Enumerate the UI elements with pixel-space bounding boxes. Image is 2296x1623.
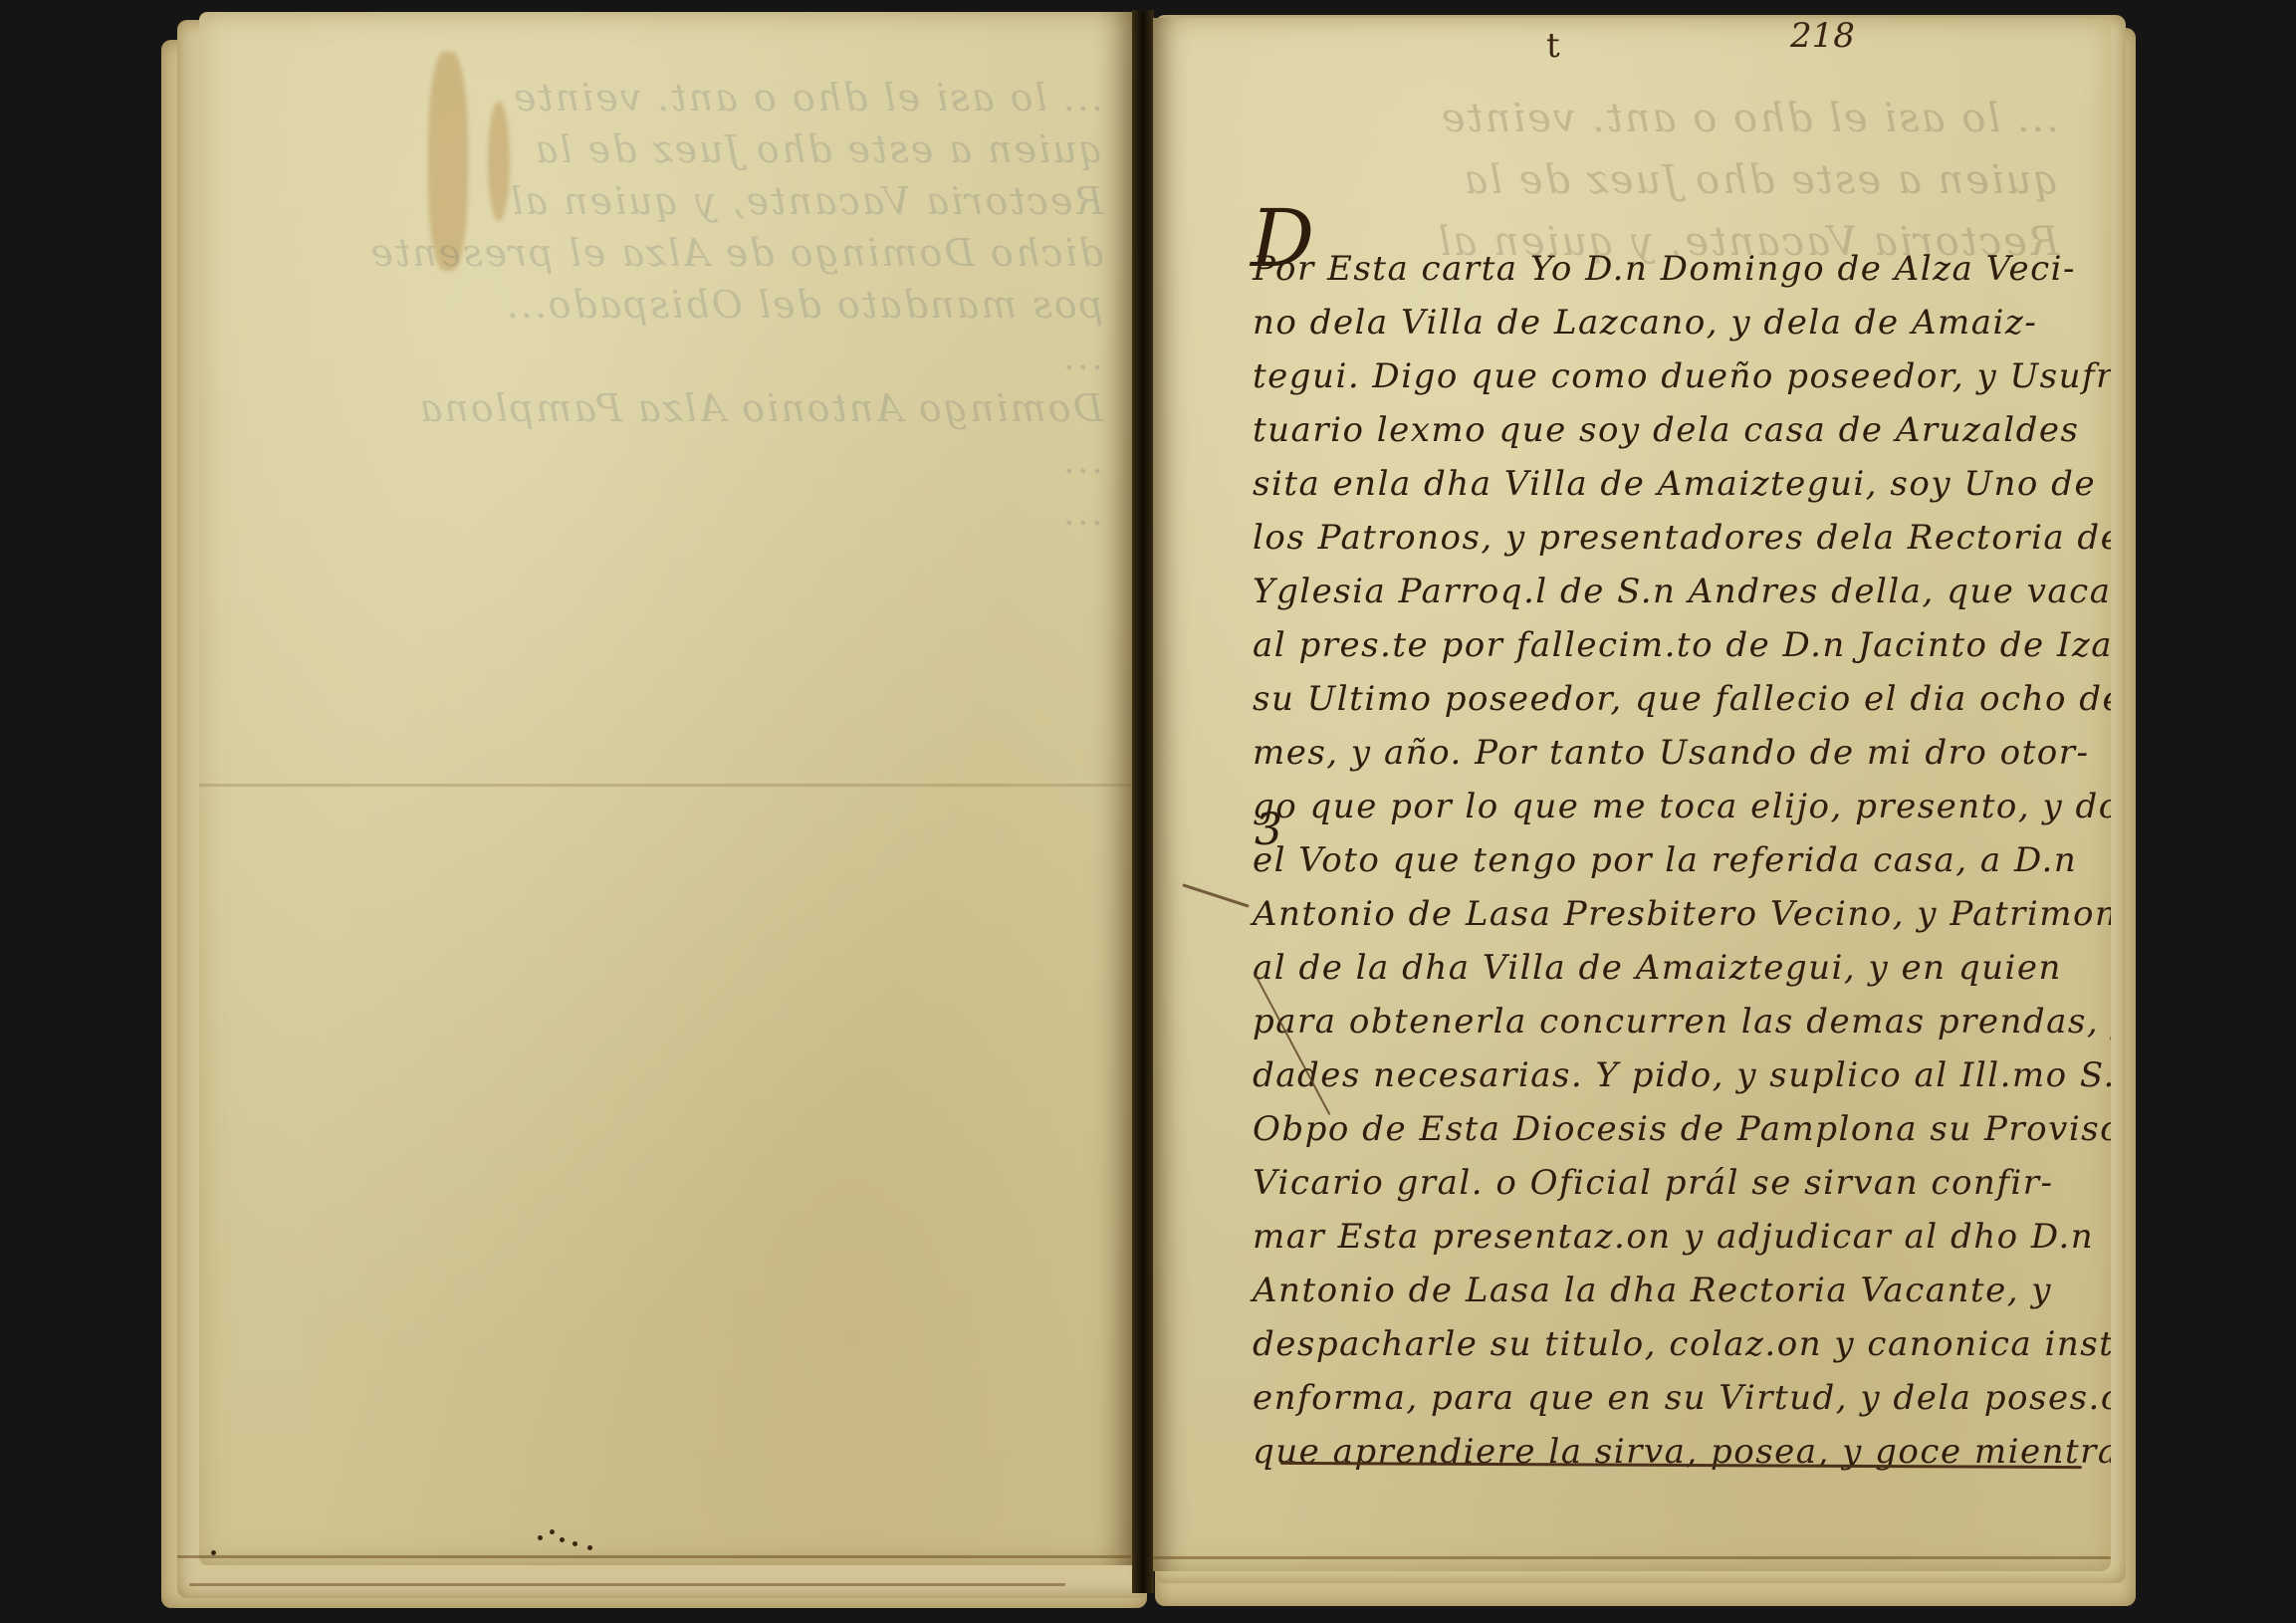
- text-line: Antonio de Lasa Presbitero Vecino, y Pat…: [1253, 887, 2069, 941]
- bleed-through-line: ... lo asi el dho o ant. veinte: [1183, 88, 2059, 149]
- left-page: ... lo asi el dho o ant. veinte quien a …: [199, 12, 1133, 1565]
- text-line: no dela Villa de Lazcano, y dela de Amai…: [1253, 296, 2069, 349]
- fold-crease: [199, 784, 1133, 787]
- text-line: despacharle su titulo, colaz.on y canoni…: [1253, 1317, 2069, 1371]
- folio-number: 218: [1790, 18, 1855, 56]
- text-line: mar Esta presentaz.on y adjudicar al dho…: [1253, 1210, 2069, 1264]
- manuscript-text: Por Esta carta Yo D.n Domingo de Alza Ve…: [1253, 242, 2069, 1479]
- bleed-through-text: ... lo asi el dho o ant. veinte quien a …: [259, 72, 1103, 538]
- bleed-through-line: pos mandato del Obispado...: [259, 279, 1103, 331]
- text-line: mes, y año. Por tanto Usando de mi dro o…: [1253, 726, 2069, 780]
- marginal-note: 3: [1255, 805, 1282, 855]
- manuscript-spread: ... lo asi el dho o ant. veinte quien a …: [0, 0, 2296, 1623]
- text-line: el Voto que tengo por la referida casa, …: [1253, 833, 2069, 887]
- text-line: Obpo de Esta Diocesis de Pamplona su Pro…: [1253, 1102, 2069, 1156]
- right-page: ... lo asi el dho o ant. veinte quien a …: [1153, 18, 2111, 1571]
- text-line: go que por lo que me toca elijo, present…: [1253, 780, 2069, 833]
- text-line: tegui. Digo que como dueño poseedor, y U…: [1253, 349, 2069, 403]
- text-line: Antonio de Lasa la dha Rectoria Vacante,…: [1253, 1264, 2069, 1317]
- text-line: que aprendiere la sirva, posea, y goce m…: [1253, 1425, 2069, 1479]
- top-mark: t: [1546, 26, 1560, 66]
- book-gutter: [1132, 10, 1154, 1593]
- text-line: Yglesia Parroq.l de S.n Andres della, qu…: [1253, 565, 2069, 618]
- bleed-through-line: Rectoria Vacante, y quien al: [259, 175, 1103, 227]
- text-line: tuario lexmo que soy dela casa de Aruzal…: [1253, 403, 2069, 457]
- page-edge: [1153, 1556, 2111, 1559]
- text-line: dades necesarias. Y pido, y suplico al I…: [1253, 1048, 2069, 1102]
- bleed-through-line: ...: [259, 331, 1103, 382]
- page-edge: [177, 1555, 1133, 1558]
- bleed-through-line: dicho Domingo de Alza el presente: [259, 227, 1103, 279]
- text-line: Por Esta carta Yo D.n Domingo de Alza Ve…: [1253, 242, 2069, 296]
- bleed-through-line: ... lo asi el dho o ant. veinte: [259, 72, 1103, 123]
- bleed-through-line: Domingo Antonio Alza Pamplona: [259, 382, 1103, 434]
- page-edge: [189, 1583, 1065, 1586]
- text-line: para obtenerla concurren las demas prend…: [1253, 995, 2069, 1048]
- bleed-through-line: ...: [259, 486, 1103, 538]
- bleed-through-line: ...: [259, 434, 1103, 486]
- text-line: Vicario gral. o Oficial prál se sirvan c…: [1253, 1156, 2069, 1210]
- text-line: los Patronos, y presentadores dela Recto…: [1253, 511, 2069, 565]
- bleed-through-line: quien a este dho Juez de la: [259, 123, 1103, 175]
- text-line: enforma, para que en su Virtud, y dela p…: [1253, 1371, 2069, 1425]
- text-line: sita enla dha Villa de Amaiztegui, soy U…: [1253, 457, 2069, 511]
- text-line: su Ultimo poseedor, que fallecio el dia …: [1253, 672, 2069, 726]
- text-line: al pres.te por fallecim.to de D.n Jacint…: [1253, 618, 2069, 672]
- margin-pen-stroke: [1182, 883, 1250, 907]
- text-line: al de la dha Villa de Amaiztegui, y en q…: [1253, 941, 2069, 995]
